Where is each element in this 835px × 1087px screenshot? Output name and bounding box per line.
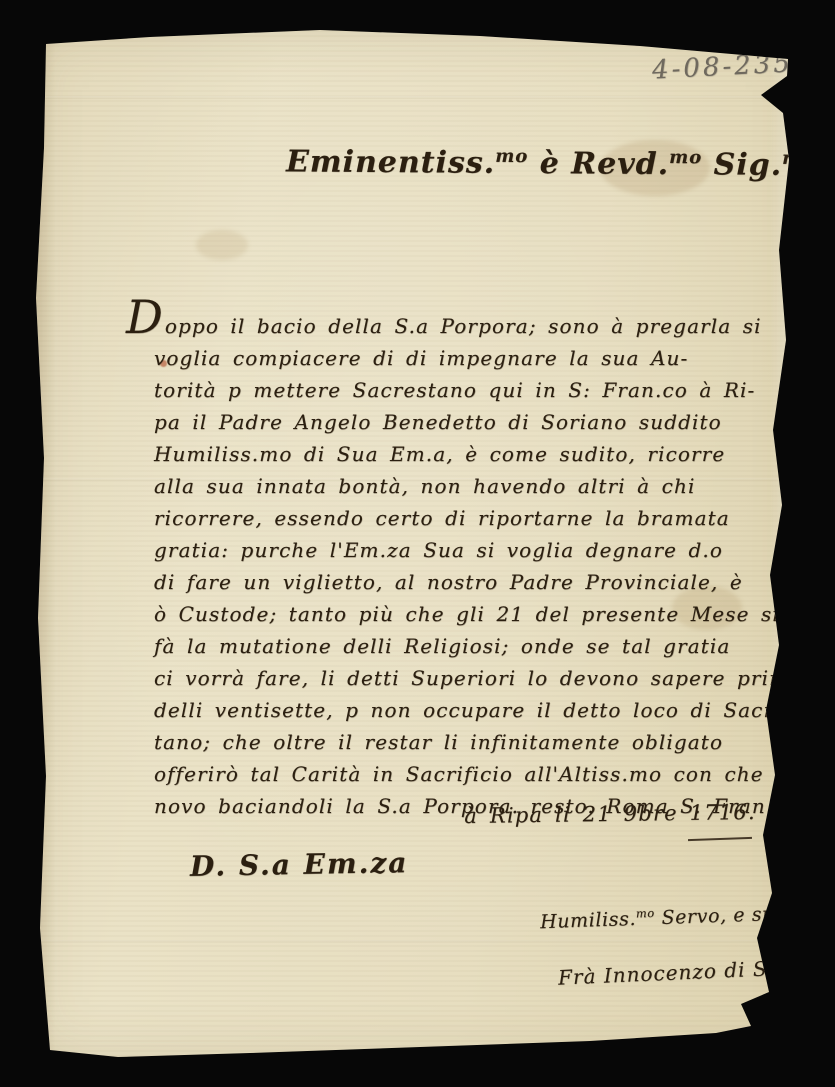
catalog-number: 4-08-235	[651, 48, 793, 85]
signature-superscript: mo	[636, 906, 655, 921]
heading-superscript: mo	[495, 146, 528, 167]
letter-paper: 4-08-235 Eminentiss.mo è Revd.mo Sig.re …	[0, 0, 835, 1087]
signature-name: Frà Innocenzo di Soria	[558, 954, 819, 989]
photo-backdrop: 4-08-235 Eminentiss.mo è Revd.mo Sig.re …	[0, 0, 835, 1087]
signature-text: Humiliss.	[540, 908, 637, 933]
paper-crease	[40, 96, 785, 99]
heading-superscript: re	[782, 148, 805, 169]
manuscript-line: Humiliss.mo di Sua Em.a, è come sudito, …	[154, 438, 816, 470]
manuscript-line: alla sua innata bontà, non havendo altri…	[154, 470, 816, 502]
heading-text: Eminentiss.	[286, 144, 495, 180]
date-underline	[688, 837, 752, 841]
heading-superscript: mo	[669, 147, 702, 168]
signature-suffix: no	[751, 991, 781, 1016]
manuscript-line: delli ventisette, p non occupare il dett…	[154, 694, 816, 726]
left-edge-shadow	[30, 0, 60, 1087]
manuscript-line: voglia compiacere di di impegnare la sua…	[154, 342, 816, 374]
dateline: à Ripa li 21 9bre 1716.	[440, 800, 780, 829]
heading-text: Sig.	[702, 147, 782, 183]
manuscript-line: ò Custode; tanto più che gli 21 del pres…	[154, 598, 816, 630]
manuscript-line: Doppo il bacio della S.a Porpora; sono à…	[126, 300, 816, 342]
signature-text: Servo, e sudito.	[655, 901, 822, 929]
manuscript-line: pa il Padre Angelo Benedetto di Soriano …	[154, 406, 816, 438]
paper-stain	[196, 230, 248, 260]
manuscript-line: torità p mettere Sacrestano qui in S: Fr…	[154, 374, 816, 406]
manuscript-line: offerirò tal Carità in Sacrificio all'Al…	[154, 758, 816, 790]
manuscript-line: di fare un viglietto, al nostro Padre Pr…	[154, 566, 816, 598]
heading-text: è Revd.	[528, 146, 669, 182]
letter-heading: Eminentiss.mo è Revd.mo Sig.re	[286, 144, 756, 182]
manuscript-line: fà la mutatione delli Religiosi; onde se…	[154, 630, 816, 662]
manuscript-line: ricorrere, essendo certo di riportarne l…	[154, 502, 816, 534]
manuscript-line: ci vorrà fare, li detti Superiori lo dev…	[154, 662, 816, 694]
manuscript-line: tano; che oltre il restar li infinitamen…	[154, 726, 816, 758]
manuscript-line: gratia: purche l'Em.za Sua si voglia deg…	[154, 534, 816, 566]
letter-body: Doppo il bacio della S.a Porpora; sono à…	[126, 300, 816, 822]
signature-line: Humiliss.mo Servo, e sudito.	[540, 900, 821, 933]
closing-salutation: D. S.a Em.za	[190, 846, 409, 883]
paper-crease	[40, 940, 785, 943]
